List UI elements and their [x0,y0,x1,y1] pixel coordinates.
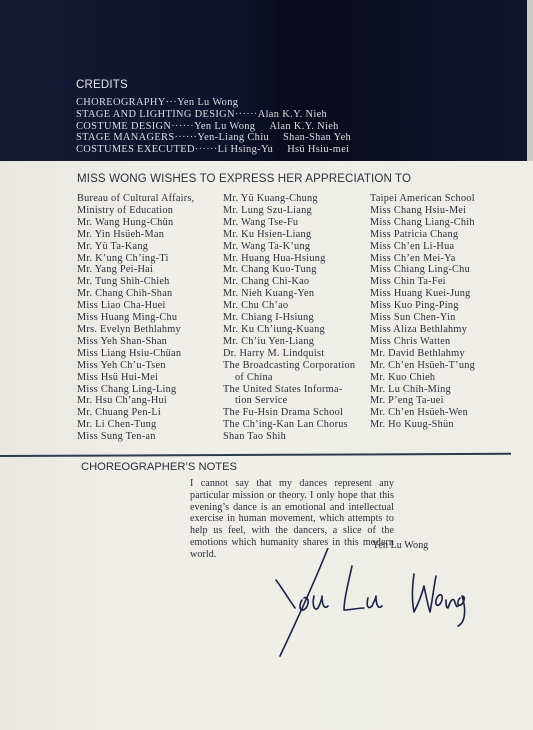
appreciation-entry: Mr. Ho Kuug-Shün [370,419,475,431]
appreciation-entry: Miss Chang Liang-Chih [370,217,475,229]
appreciation-entry: Mr. Kuo Chieh [370,372,475,384]
appreciation-entry: The Fu-Hsin Drama School [223,407,355,419]
appreciation-entry: The Broadcasting Corporation [223,360,355,372]
appreciation-entry: Mr. Nieh Kuang-Yen [223,288,355,300]
appreciation-entry: Mr. K’ung Ch’ing-Ti [77,253,195,265]
appreciation-entry: Miss Kuo Ping-Ping [370,300,475,312]
appreciation-column-3: Taipei American SchoolMiss Chang Hsiu-Me… [370,193,475,431]
appreciation-entry: Miss Chang Hsiu-Mei [370,205,475,217]
section-divider [0,453,511,457]
appreciation-entry: Mr. David Bethlahmy [370,348,475,360]
appreciation-entry: Miss Chiang Ling-Chu [370,264,475,276]
appreciation-entry: Mr. Chang Chih-Shan [77,288,195,300]
credit-line: COSTUMES EXECUTED······Li Hsing-YuHsü Hs… [76,144,351,156]
credit-name: Yen Lu Wong [194,121,255,132]
credit-line: STAGE AND LIGHTING DESIGN······Alan K.Y.… [76,109,351,121]
appreciation-column-1: Bureau of Cultural Affairs,Ministry of E… [77,193,195,443]
credit-role: STAGE MANAGERS······ [76,132,197,143]
credit-line: COSTUME DESIGN······Yen Lu WongAlan K.Y.… [76,121,351,133]
appreciation-entry: Mr. Huang Hua-Hsiung [223,253,355,265]
appreciation-entry: Miss Ch’en Mei-Ya [370,253,475,265]
appreciation-entry: Mr. Wang Ta-K’ung [223,241,355,253]
appreciation-entry: Mr. Wang Hung-Chün [77,217,195,229]
credit-role: CHOREOGRAPHY··· [76,97,177,108]
appreciation-entry: Miss Liao Cha-Huei [77,300,195,312]
credit-role: COSTUME DESIGN······ [76,121,194,132]
appreciation-entry: Mr. Chuang Pen-Li [77,407,195,419]
credit-name: Hsü Hsiu-mei [287,144,349,155]
appreciation-entry: Mr. Chiang I-Hsiung [223,312,355,324]
notes-heading: CHOREOGRAPHER’S NOTES [81,461,237,473]
appreciation-entry: Ministry of Education [77,205,195,217]
credit-name: Yen Lu Wong [177,97,238,108]
appreciation-entry: Miss Liang Hsiu-Chüan [77,348,195,360]
appreciation-entry: Mr. Chang Kuo-Tung [223,264,355,276]
appreciation-entry: Mr. Ch’en Hsüeh-Wen [370,407,475,419]
appreciation-entry: Bureau of Cultural Affairs, [77,193,195,205]
credit-name: Li Hsing-Yu [218,144,274,155]
appreciation-column-2: Mr. Yü Kuang-ChungMr. Lung Szu-LiangMr. … [223,193,355,443]
appreciation-entry: Miss Chang Ling-Ling [77,384,195,396]
appreciation-entry: Miss Huang Ming-Chu [77,312,195,324]
program-page: CREDITS CHOREOGRAPHY···Yen Lu WongSTAGE … [0,0,533,730]
credit-role: STAGE AND LIGHTING DESIGN······ [76,109,258,120]
appreciation-entry: Taipei American School [370,193,475,205]
appreciation-entry: Dr. Harry M. Lindquist [223,348,355,360]
credit-name: Shan-Shan Yeh [283,132,351,143]
appreciation-entry: Mr. Ku Ch’iung-Kuang [223,324,355,336]
appreciation-entry: Miss Sung Ten-an [77,431,195,443]
appreciation-entry: Miss Chin Ta-Fei [370,276,475,288]
credit-line: CHOREOGRAPHY···Yen Lu Wong [76,97,351,109]
appreciation-entry: Mr. Ku Hsien-Liang [223,229,355,241]
appreciation-entry: Mr. Lung Szu-Liang [223,205,355,217]
credit-role: COSTUMES EXECUTED······ [76,144,218,155]
appreciation-entry: Mr. Wang Tse-Fu [223,217,355,229]
appreciation-entry: Mr. Ch’iu Yen-Liang [223,336,355,348]
appreciation-entry: tion Service [223,395,355,407]
appreciation-entry: Mr. Chang Chi-Kao [223,276,355,288]
appreciation-entry: Miss Huang Kuei-Jung [370,288,475,300]
appreciation-entry: Mr. Yü Ta-Kang [77,241,195,253]
credits-list: CHOREOGRAPHY···Yen Lu WongSTAGE AND LIGH… [76,97,351,156]
credit-name: Alan K.Y. Nieh [258,109,327,120]
credits-heading: CREDITS [76,79,128,91]
appreciation-entry: Mr. Lu Chih-Ming [370,384,475,396]
appreciation-entry: Mr. Hsu Ch’ang-Hui [77,395,195,407]
appreciation-entry: The Ch’ing-Kan Lan Chorus [223,419,355,431]
appreciation-entry: of China [223,372,355,384]
appreciation-entry: Miss Yeh Shan-Shan [77,336,195,348]
appreciation-entry: Miss Sun Chen-Yin [370,312,475,324]
appreciation-entry: Mrs. Evelyn Bethlahmy [77,324,195,336]
appreciation-entry: Miss Hsü Hui-Mei [77,372,195,384]
appreciation-entry: Mr. Ch’en Hsüeh-T’ung [370,360,475,372]
appreciation-entry: Miss Patricia Chang [370,229,475,241]
appreciation-entry: Mr. Yang Pei-Hai [77,264,195,276]
appreciation-entry: Miss Chris Watten [370,336,475,348]
appreciation-entry: Miss Aliza Bethlahmy [370,324,475,336]
appreciation-entry: Mr. Li Chen-Tung [77,419,195,431]
credit-name: Alan K.Y. Nieh [269,121,338,132]
credit-line: STAGE MANAGERS······Yen-Liang ChiuShan-S… [76,132,351,144]
credit-name: Yen-Liang Chiu [197,132,269,143]
appreciation-entry: Miss Yeh Ch’u-Tsen [77,360,195,372]
appreciation-entry: Mr. Yin Hsüeh-Man [77,229,195,241]
appreciation-entry: Mr. Tung Shih-Chieh [77,276,195,288]
appreciation-entry: Mr. P’eng Ta-uei [370,395,475,407]
appreciation-heading: MISS WONG WISHES TO EXPRESS HER APPRECIA… [77,172,411,185]
appreciation-entry: The United States Informa- [223,384,355,396]
appreciation-entry: Mr. Chu Ch’ao [223,300,355,312]
appreciation-entry: Miss Ch’en Li-Hua [370,241,475,253]
page-edge [527,0,533,161]
handwritten-signature: Yen Lu Wong [268,548,468,658]
appreciation-entry: Mr. Yü Kuang-Chung [223,193,355,205]
appreciation-entry: Shan Tao Shih [223,431,355,443]
